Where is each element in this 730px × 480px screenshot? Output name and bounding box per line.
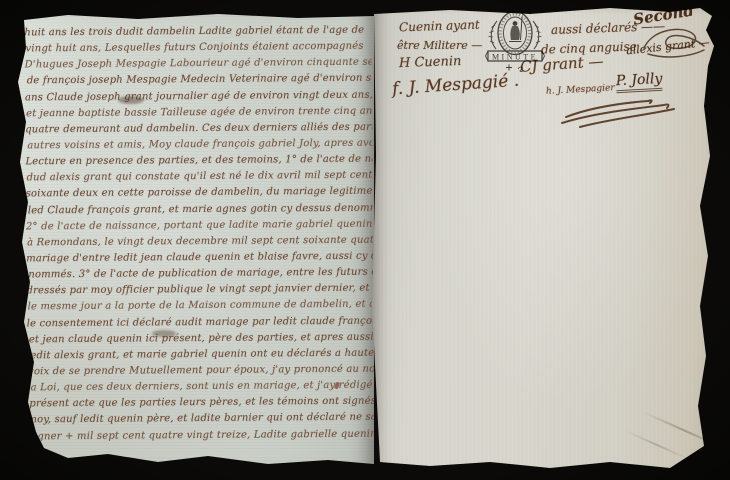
ink-smudge (152, 330, 176, 337)
manuscript-line: le mesme jour a la porte de la Maison co… (28, 297, 374, 316)
signature-mespagie: f. J. Mespagié . (391, 71, 519, 100)
manuscript-line: autres voisins et amis, Moy claude franç… (27, 136, 372, 155)
paper-crease (625, 430, 690, 460)
left-page: huit ans les trois dudit dambelin Ladite… (8, 12, 374, 470)
signature-h-cuenin: H Cuenin (399, 54, 462, 71)
note-militere: être Militere — (397, 39, 482, 52)
ink-smudge (118, 96, 144, 104)
right-page: Cuenin ayant aussi déclarés —— Second êt… (370, 6, 722, 476)
signature-jolly: P. Jolly (616, 71, 663, 93)
stamp-banner-text: MINUTE (492, 53, 538, 62)
manuscript-line: dud alexis grant qui constate qu'il est … (26, 168, 372, 187)
manuscript-line: signer + mil sept cent quatre vingt trei… (29, 426, 375, 445)
jolly-scribble-icon (560, 95, 680, 129)
manuscript-text-block: huit ans les trois dudit dambelin Ladite… (24, 23, 374, 445)
fiscal-stamp-icon: MINUTE (483, 7, 547, 73)
document-scan: huit ans les trois dudit dambelin Ladite… (0, 0, 730, 480)
manuscript-line: à Remondans, le vingt deux decembre mil … (27, 232, 373, 251)
note-cuenin: Cuenin ayant (399, 18, 480, 35)
manuscript-line: et jeanne baptiste bassie Tailleuse agée… (26, 103, 372, 122)
manuscript-line: D'hugues Joseph Mespagie Labourieur agé … (25, 55, 372, 74)
manuscript-line: la Loi, que ces deux derniers, sont unis… (27, 378, 374, 397)
